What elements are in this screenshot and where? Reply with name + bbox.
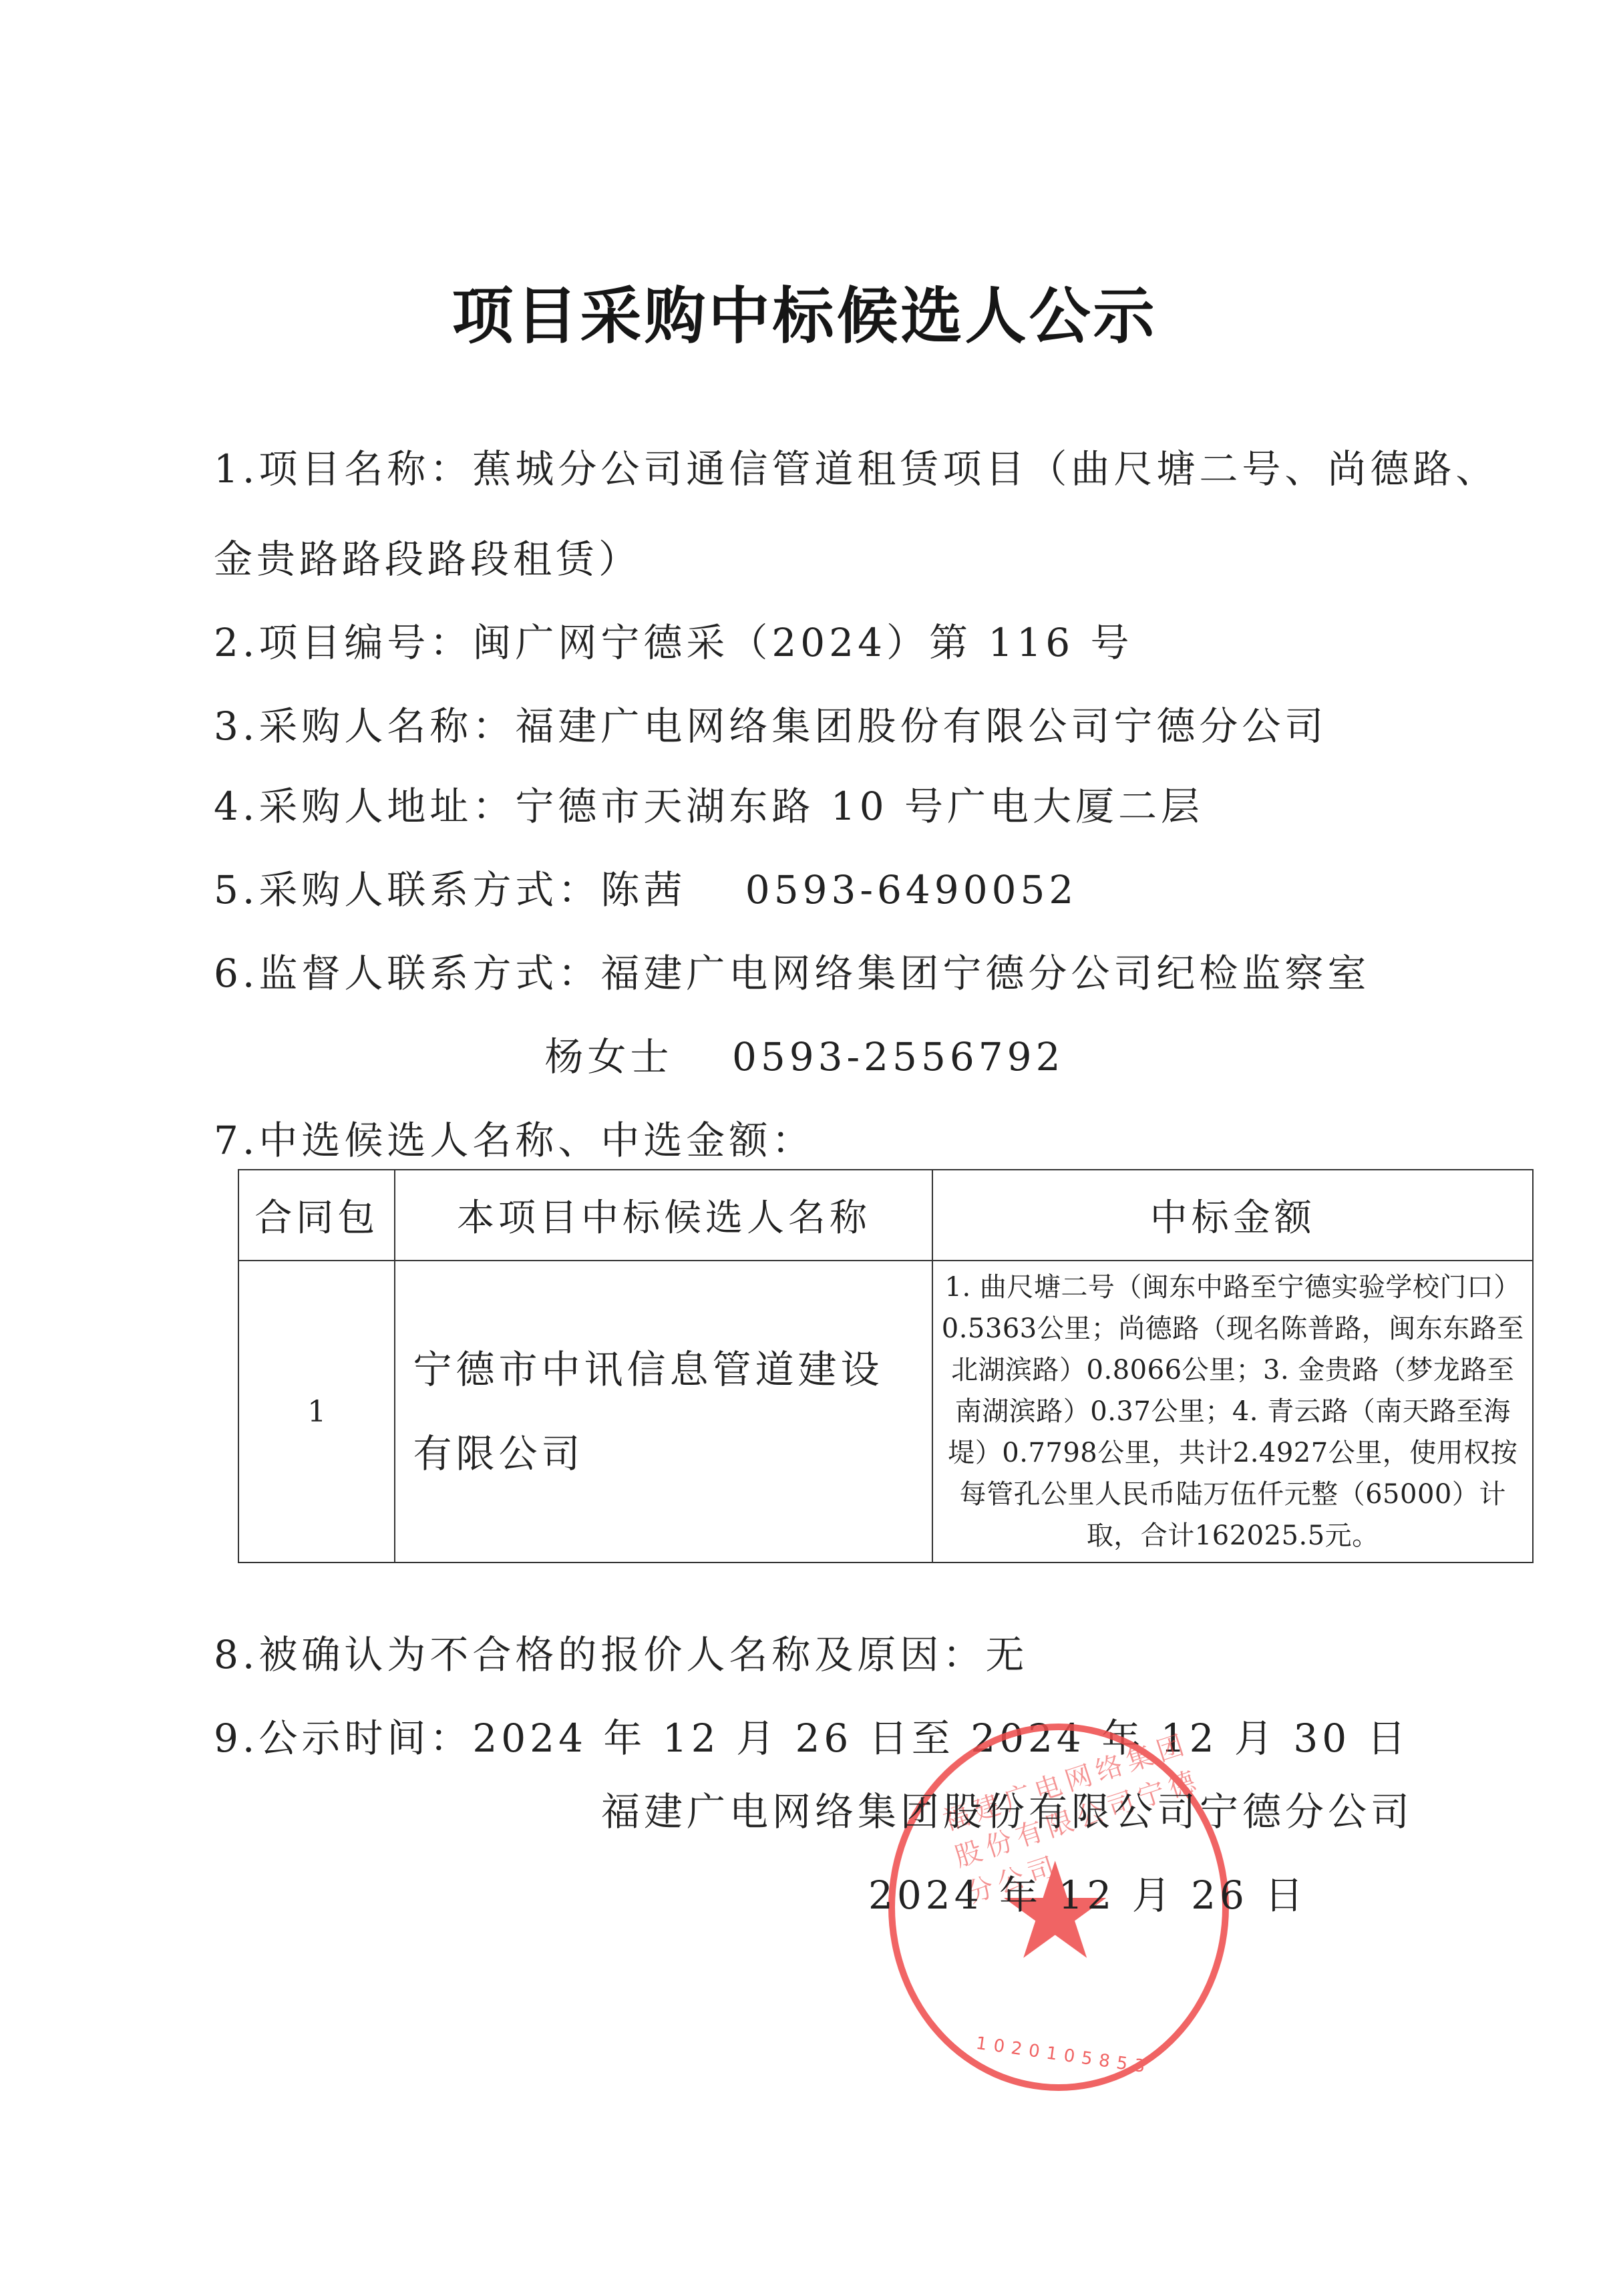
seal-code: 1020105853	[974, 2033, 1153, 2078]
header-amount: 中标金额	[932, 1170, 1533, 1261]
candidate-table: 合同包 本项目中标候选人名称 中标金额 1 宁德市中讯信息管道建设有限公司 1.…	[238, 1169, 1534, 1563]
item-publicity-period: 9.公示时间：2024 年 12 月 26 日至 2024 年 12 月 30 …	[214, 1707, 1410, 1763]
table-header-row: 合同包 本项目中标候选人名称 中标金额	[238, 1170, 1533, 1261]
document-title: 项目采购中标候选人公示	[0, 267, 1609, 355]
item-disqualified: 8.被确认为不合格的报价人名称及原因：无	[214, 1623, 1028, 1679]
header-package: 合同包	[238, 1170, 395, 1261]
item-candidate-heading: 7.中选候选人名称、中选金额：	[214, 1109, 814, 1165]
signature-date: 2024 年 12 月 26 日	[868, 1864, 1307, 1920]
item-project-number: 2.项目编号：闽广网宁德采（2024）第 116 号	[214, 611, 1133, 667]
item-supervisor-contact-cont: 杨女士 0593-2556792	[0, 1025, 1609, 1082]
cell-package: 1	[238, 1261, 395, 1563]
table-row: 1 宁德市中讯信息管道建设有限公司 1. 曲尺塘二号（闽东中路至宁德实验学校门口…	[238, 1261, 1533, 1563]
label: 项目名称：	[258, 446, 472, 492]
item-purchaser-contact: 5.采购人联系方式：陈茜 0593-6490052	[214, 858, 1077, 915]
item-supervisor-contact: 6.监督人联系方式：福建广电网络集团宁德分公司纪检监察室	[214, 942, 1370, 998]
cell-amount: 1. 曲尺塘二号（闽东中路至宁德实验学校门口）0.5363公里；尚德路（现名陈普…	[932, 1261, 1533, 1563]
item-project-name: 1.项目名称：蕉城分公司通信管道租赁项目（曲尺塘二号、尚德路、	[214, 438, 1498, 494]
header-candidate: 本项目中标候选人名称	[395, 1170, 932, 1261]
signature-org: 福建广电网络集团股份有限公司宁德分公司	[601, 1780, 1413, 1836]
value: 蕉城分公司通信管道租赁项目（曲尺塘二号、尚德路、	[472, 446, 1498, 492]
cell-candidate: 宁德市中讯信息管道建设有限公司	[395, 1261, 932, 1563]
item-purchaser-name: 3.采购人名称：福建广电网络集团股份有限公司宁德分公司	[214, 695, 1327, 751]
item-purchaser-address: 4.采购人地址：宁德市天湖东路 10 号广电大厦二层	[214, 775, 1204, 831]
item-project-name-cont: 金贵路路段路段租赁）	[214, 528, 641, 584]
